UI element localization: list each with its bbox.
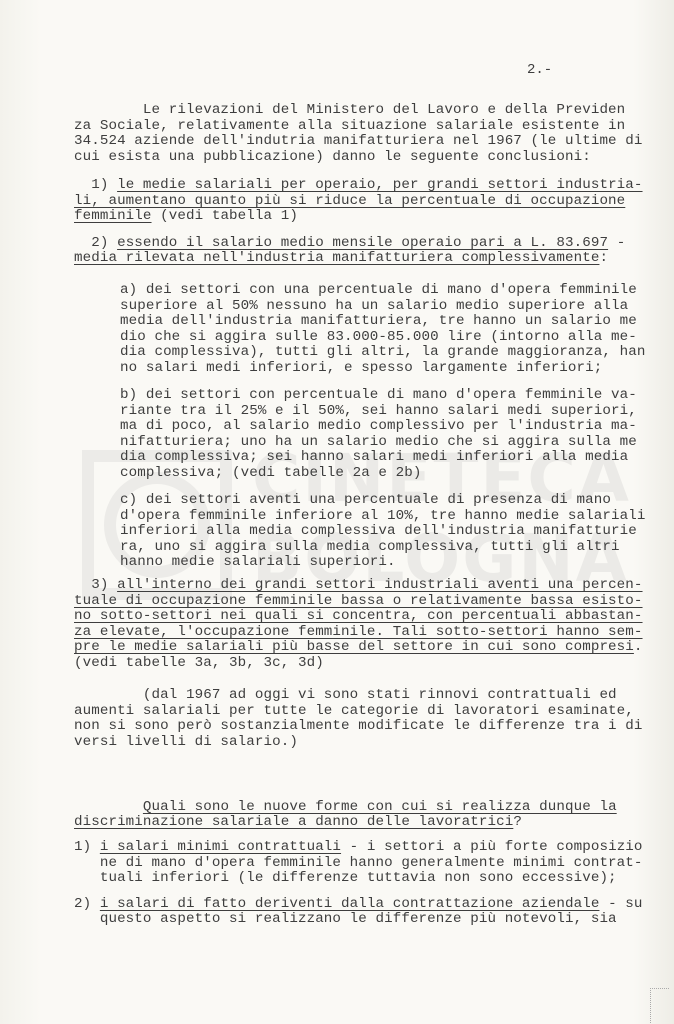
note-line: (dal 1967 ad oggi vi sono stati rinnovi … [74,688,617,703]
point3-line: 3) all'interno dei grandi settori indust… [74,578,643,593]
page-number: 2.- [527,62,552,78]
sub-c-line: c) dei settori aventi una percentuale di… [120,493,611,508]
question-heading: Quali sono le nuove forme con cui si rea… [74,800,617,815]
note-line: versi livelli di salario.) [74,735,298,750]
point3-line: no sotto-settori nei quali si concentra,… [74,609,643,624]
sub-b-line: riante tra il 25% e il 50%, sei hanno sa… [120,404,637,419]
intro-line: za Sociale, relativamente alla situazion… [74,119,625,134]
intro-line: 34.524 aziende dell'indutria manifatturi… [74,134,643,149]
sub-a-line: a) dei settori con una percentuale di ma… [120,283,637,298]
sub-b-line: dia complessiva; sei hanno salari medi i… [120,450,628,465]
sub-c-line: hanno medie salariali superiori. [120,555,396,570]
intro-line: cui esista una pubblicazione) danno le s… [74,150,591,165]
question-heading: discriminazione salariale a danno delle … [74,815,522,830]
point3-line: (vedi tabelle 3a, 3b, 3c, 3d) [74,656,324,671]
form-item-2: 2) i salari di fatto deriventi dalla con… [74,897,643,912]
note-line: non si sono però sostanzialmente modific… [74,719,643,734]
point3-line: tuale di occupazione femminile bassa o r… [74,594,643,609]
sub-b-line: complessiva; (vedi tabelle 2a e 2b) [120,466,422,481]
sub-c-line: inferiori alla media complessiva dell'in… [120,524,637,539]
sub-b-line: nifatturiera; uno ha un salario medio ch… [120,435,637,450]
note-line: aumenti salariali per tutte le categorie… [74,704,634,719]
document-page: CINETECA BOLOGNA 2.- Le rilevazioni del … [0,0,674,1024]
point3-line: za elevate, l'occupazione femminile. Tal… [74,625,643,640]
sub-a-line: no salari medi inferiori, e spesso larga… [120,361,602,376]
point1-line: femminile (vedi tabella 1) [74,209,298,224]
page-corner-mark [650,988,669,1024]
sub-c-line: d'opera femminile inferiore al 10%, tre … [120,509,645,524]
point3-line: pre le medie salariali più basse del set… [74,640,643,655]
form-item-1: ne di mano d'opera femminile hanno gener… [74,856,643,871]
sub-b-line: ma di poco, al salario medio complessivo… [120,419,637,434]
sub-b-line: b) dei settori con percentuale di mano d… [120,388,637,403]
form-item-2: questo aspetto si realizzano le differen… [74,912,617,927]
point2-line: 2) essendo il salario medio mensile oper… [74,236,625,251]
intro-line: Le rilevazioni del Ministero del Lavoro … [74,103,625,118]
point1-line: li, aumentano quanto più si riduce la pe… [74,194,625,209]
sub-a-line: dio che si aggira sulle 83.000-85.000 li… [120,330,637,345]
point1-line: 1) le medie salariali per operaio, per g… [74,178,643,193]
form-item-1: 1) i salari minimi contrattuali - i sett… [74,840,643,855]
form-item-1: tuali inferiori (le differenze tuttavia … [74,871,617,886]
sub-c-line: ra, uno si aggira sulla media complessiv… [120,540,620,555]
sub-a-line: superiore al 50% nessuno ha un salario m… [120,299,628,314]
sub-a-line: media dell'industria manifatturiera, tre… [120,314,637,329]
point2-line: media rilevata nell'industria manifattur… [74,251,608,266]
sub-a-line: dia complessiva), tutti gli altri, la gr… [120,345,645,360]
